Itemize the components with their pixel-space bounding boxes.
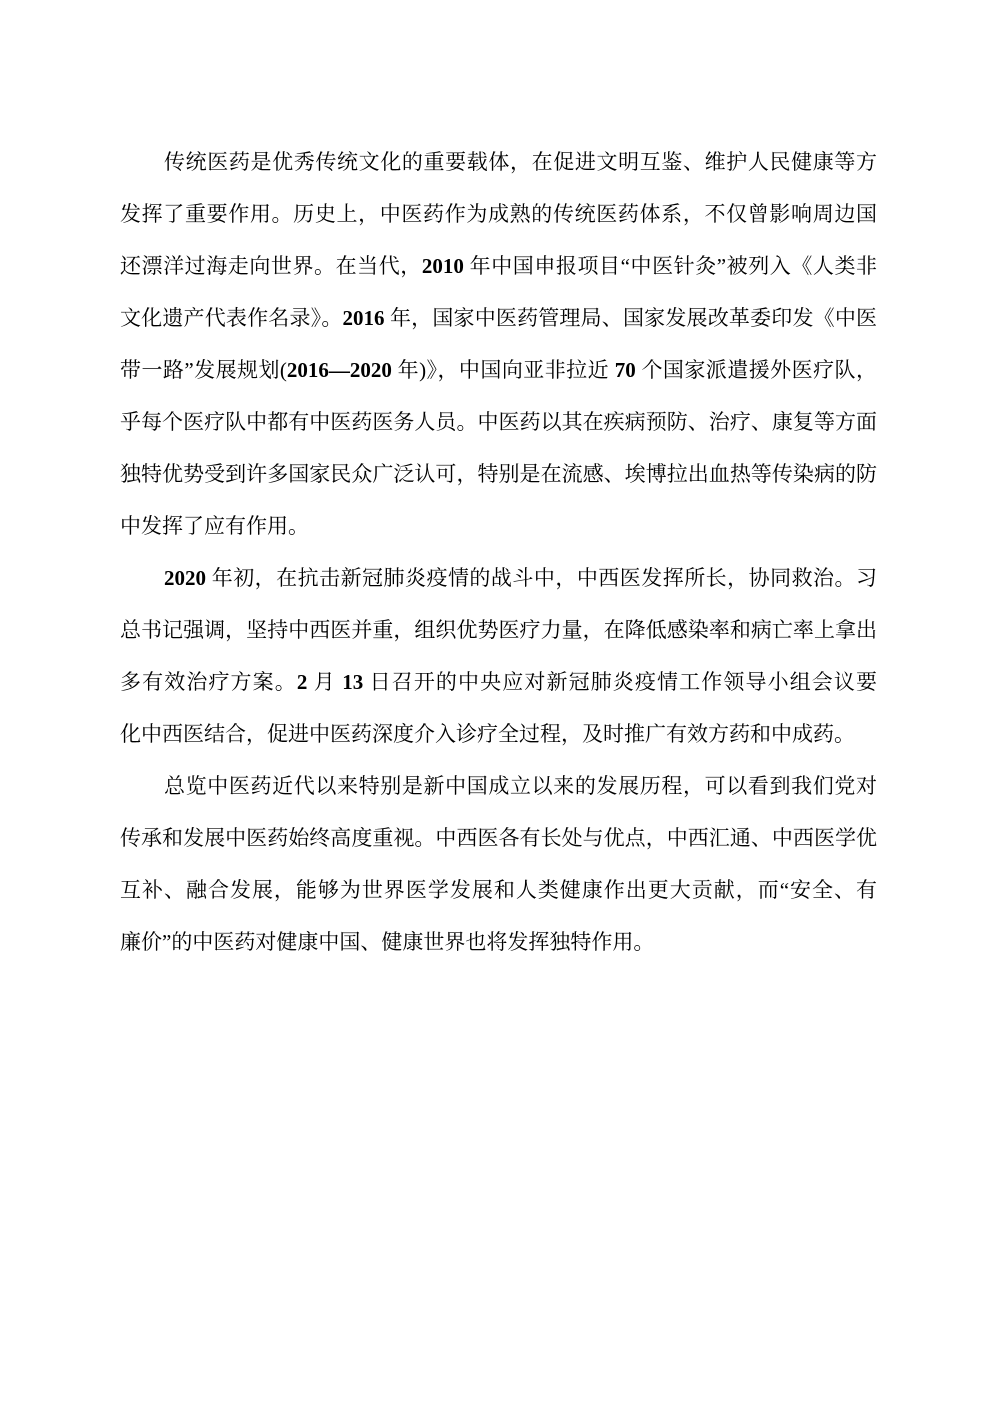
text-line: 带一路”发展规划(2016—2020 年)》，中国向亚非拉近 70 个国家派遣援… bbox=[120, 344, 877, 396]
text-line: 总览中医药近代以来特别是新中国成立以来的发展历程，可以看到我们党对保护 bbox=[120, 760, 877, 812]
text-line: 传承和发展中医药始终高度重视。中西医各有长处与优点，中西汇通、中西医学优势 bbox=[120, 812, 877, 864]
text-line: 传统医药是优秀传统文化的重要载体，在促进文明互鉴、维护人民健康等方面也 bbox=[120, 136, 877, 188]
text-line: 廉价”的中医药对健康中国、健康世界也将发挥独特作用。 bbox=[120, 916, 877, 968]
text-line: 互补、融合发展，能够为世界医学发展和人类健康作出更大贡献，而“安全、有效、 bbox=[120, 864, 877, 916]
text-line: 2020 年初，在抗击新冠肺炎疫情的战斗中，中西医发挥所长，协同救治。习近平 bbox=[120, 552, 877, 604]
text-line: 乎每个医疗队中都有中医药医务人员。中医药以其在疾病预防、治疗、康复等方面的 bbox=[120, 396, 877, 448]
text-line: 文化遗产代表作名录》。2016 年，国家中医药管理局、国家发展改革委印发《中医药… bbox=[120, 292, 877, 344]
text-line: 独特优势受到许多国家民众广泛认可，特别是在流感、埃博拉出血热等传染病的防控 bbox=[120, 448, 877, 500]
text-column: 传统医药是优秀传统文化的重要载体，在促进文明互鉴、维护人民健康等方面也 发挥了重… bbox=[120, 136, 877, 968]
text-line: 总书记强调，坚持中西医并重，组织优势医疗力量，在降低感染率和病亡率上拿出更 bbox=[120, 604, 877, 656]
paragraph-2: 2020 年初，在抗击新冠肺炎疫情的战斗中，中西医发挥所长，协同救治。习近平 总… bbox=[120, 552, 877, 760]
paragraph-1: 传统医药是优秀传统文化的重要载体，在促进文明互鉴、维护人民健康等方面也 发挥了重… bbox=[120, 136, 877, 552]
document-page: 传统医药是优秀传统文化的重要载体，在促进文明互鉴、维护人民健康等方面也 发挥了重… bbox=[0, 0, 992, 1403]
paragraph-3: 总览中医药近代以来特别是新中国成立以来的发展历程，可以看到我们党对保护 传承和发… bbox=[120, 760, 877, 968]
text-line: 还漂洋过海走向世界。在当代，2010 年中国申报项目“中医针灸”被列入《人类非物… bbox=[120, 240, 877, 292]
text-line: 化中西医结合，促进中医药深度介入诊疗全过程，及时推广有效方药和中成药。 bbox=[120, 708, 877, 760]
text-line: 多有效治疗方案。2 月 13 日召开的中央应对新冠肺炎疫情工作领导小组会议要求：… bbox=[120, 656, 877, 708]
text-line: 中发挥了应有作用。 bbox=[120, 500, 877, 552]
text-line: 发挥了重要作用。历史上，中医药作为成熟的传统医药体系，不仅曾影响周边国家， bbox=[120, 188, 877, 240]
